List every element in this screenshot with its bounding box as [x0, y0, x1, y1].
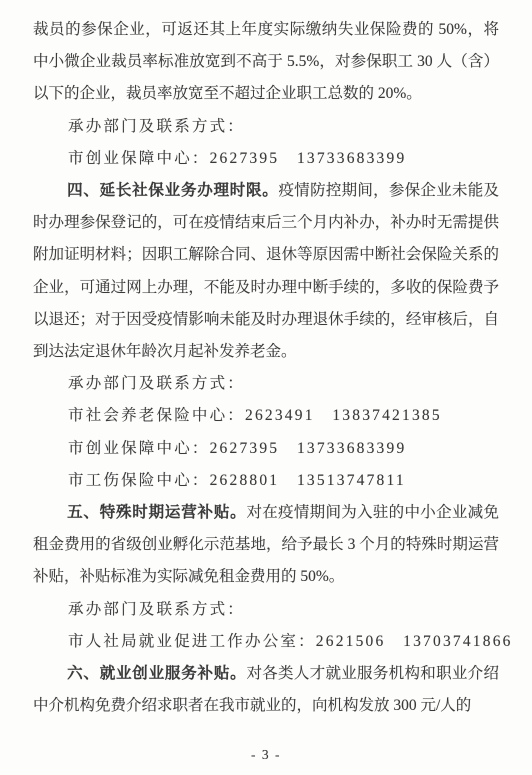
- scanned-document-page: 裁员的参保企业，可返还其上年度实际缴纳失业保险费的 50%，将中小微企业裁员率标…: [0, 0, 532, 775]
- paragraph-continuation: 裁员的参保企业，可返还其上年度实际缴纳失业保险费的 50%，将中小微企业裁员率标…: [33, 14, 499, 111]
- page-number: - 3 -: [0, 747, 532, 763]
- section-5-paragraph: 五、特殊时期运营补贴。对在疫情期间为入驻的中小企业减免租金费用的省级创业孵化示范…: [33, 497, 499, 594]
- contact-entry: 市社会养老保险中心：2623491 13837421385: [33, 400, 499, 432]
- section-6-paragraph: 六、就业创业服务补贴。对各类人才就业服务机构和职业介绍中介机构免费介绍求职者在我…: [33, 658, 499, 722]
- section-4-heading: 四、延长社保业务办理时限。: [67, 182, 278, 199]
- section-4-paragraph: 四、延长社保业务办理时限。疫情防控期间，参保企业未能及时办理参保登记的，可在疫情…: [33, 175, 499, 368]
- contact-entry: 市人社局就业促进工作办公室：2621506 13703741866: [33, 626, 499, 658]
- contact-label: 承办部门及联系方式：: [33, 111, 499, 143]
- section-4-text: 疫情防控期间，参保企业未能及时办理参保登记的，可在疫情结束后三个月内补办，补办时…: [33, 182, 499, 360]
- document-body: 裁员的参保企业，可返还其上年度实际缴纳失业保险费的 50%，将中小微企业裁员率标…: [33, 14, 499, 722]
- contact-label: 承办部门及联系方式：: [33, 368, 499, 400]
- contact-entry: 市创业保障中心：2627395 13733683399: [33, 433, 499, 465]
- contact-label: 承办部门及联系方式：: [33, 594, 499, 626]
- section-5-heading: 五、特殊时期运营补贴。: [67, 504, 246, 521]
- contact-entry: 市工伤保险中心：2628801 13513747811: [33, 465, 499, 497]
- contact-entry: 市创业保障中心：2627395 13733683399: [33, 143, 499, 175]
- section-6-heading: 六、就业创业服务补贴。: [67, 665, 246, 682]
- paragraph-text: 裁员的参保企业，可返还其上年度实际缴纳失业保险费的 50%，将中小微企业裁员率标…: [33, 21, 499, 102]
